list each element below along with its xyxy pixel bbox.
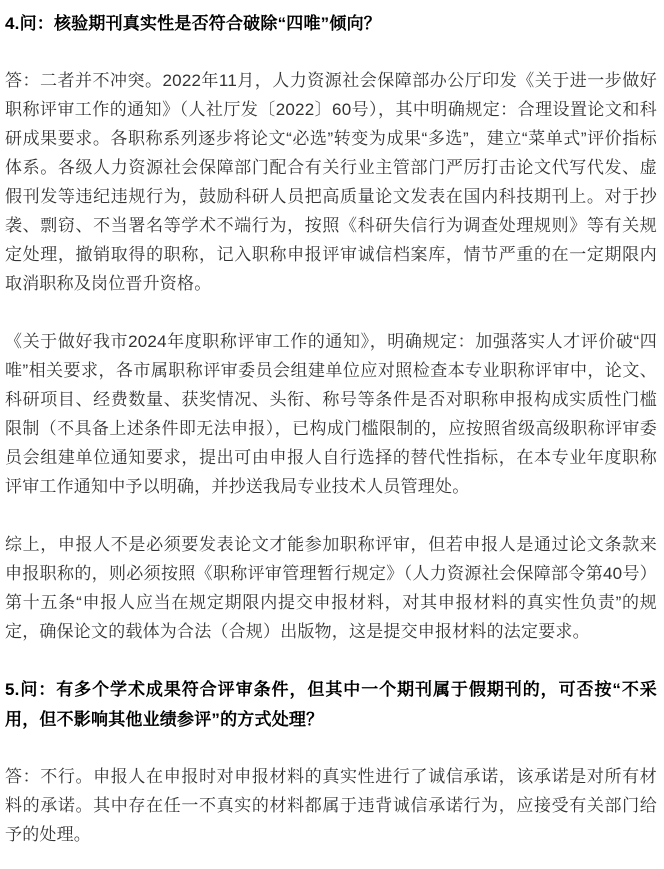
answer-5-paragraph-1: 答：不行。申报人在申报时对申报材料的真实性进行了诚信承诺，该承诺是对所有材料的承… [5, 762, 657, 849]
answer-4-paragraph-1: 答：二者并不冲突。2022年11月，人力资源社会保障部办公厅印发《关于进一步做好… [5, 66, 657, 298]
faq-document: 4.问：核验期刊真实性是否符合破除“四唯”倾向？ 答：二者并不冲突。2022年1… [0, 0, 664, 869]
question-4-heading: 4.问：核验期刊真实性是否符合破除“四唯”倾向？ [5, 9, 657, 39]
answer-4-paragraph-3: 综上，申报人不是必须要发表论文才能参加职称评审，但若申报人是通过论文条款来申报职… [5, 530, 657, 646]
document-page: { "style": { "background": "#ffffff", "b… [0, 0, 664, 869]
answer-4-paragraph-2: 《关于做好我市2024年度职称评审工作的通知》，明确规定：加强落实人才评价破“四… [5, 327, 657, 501]
question-5-heading: 5.问：有多个学术成果符合评审条件，但其中一个期刊属于假期刊的，可否按“不采用，… [5, 675, 657, 735]
